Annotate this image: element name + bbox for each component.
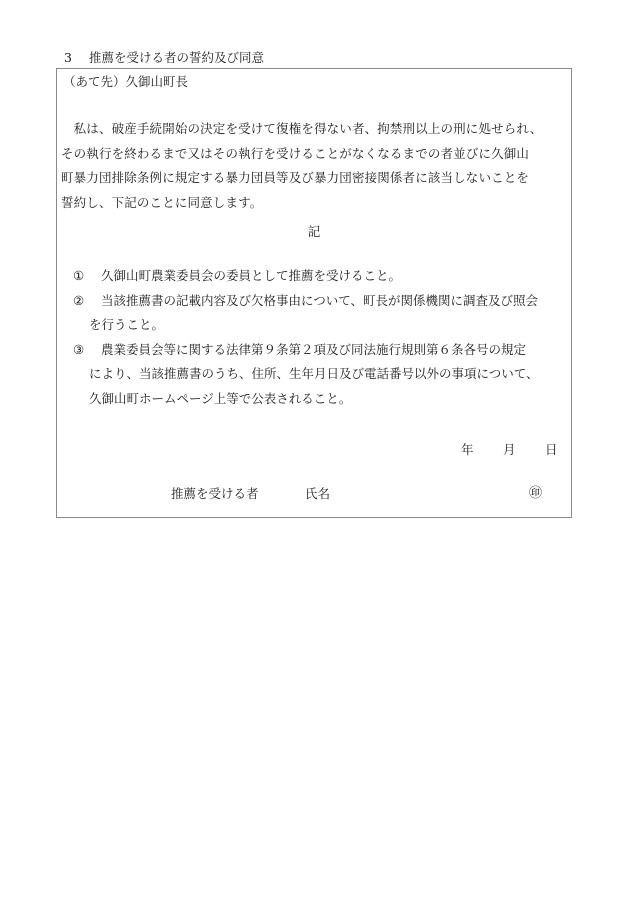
item-mark: ③ xyxy=(73,338,101,363)
section-number: 3 xyxy=(64,49,89,67)
item-text: 当該推薦書の記載内容及び欠格事由について、町長が関係機関に調査及び照会 xyxy=(101,293,538,308)
item-mark: ② xyxy=(73,289,101,314)
pledge-form-box: （あて先）久御山町長 私は、破産手続開始の決定を受けて復権を得ない者、拘禁刑以上… xyxy=(56,68,572,518)
seal-icon: ㊞ xyxy=(529,485,542,503)
consent-item-3-cont: により、当該推薦書のうち、住所、生年月日及び電話番号以外の事項について、 xyxy=(73,362,569,387)
consent-item-3: ③農業委員会等に関する法律第９条第２項及び同法施行規則第６条各号の規定 xyxy=(73,338,569,363)
signature-line[interactable]: 推薦を受ける者氏名 xyxy=(171,485,330,503)
date-day-label: 日 xyxy=(545,441,558,459)
consent-items: ①久御山町農業委員会の委員として推薦を受けること。 ②当該推薦書の記載内容及び欠… xyxy=(73,264,569,411)
item-mark: ① xyxy=(73,264,101,289)
item-text: 久御山町農業委員会の委員として推薦を受けること。 xyxy=(101,268,401,283)
date-month-label: 月 xyxy=(503,441,545,459)
section-title: 推薦を受ける者の誓約及び同意 xyxy=(89,50,264,65)
consent-item-2: ②当該推薦書の記載内容及び欠格事由について、町長が関係機関に調査及び照会 xyxy=(73,289,569,314)
consent-item-2-cont: を行うこと。 xyxy=(73,313,569,338)
date-year-label: 年 xyxy=(461,441,503,459)
pledge-line: 誓約し、下記のことに同意します。 xyxy=(61,191,569,216)
pledge-line: 私は、破産手続開始の決定を受けて復権を得ない者、拘禁刑以上の刑に処せられ、 xyxy=(61,117,569,142)
addressee: （あて先）久御山町長 xyxy=(63,73,188,91)
ki-heading: 記 xyxy=(57,223,571,241)
name-label: 氏名 xyxy=(305,486,330,501)
pledge-line: その執行を終わるまで又はその執行を受けることがなくなるまでの者並びに久御山 xyxy=(61,142,569,167)
consent-item-1: ①久御山町農業委員会の委員として推薦を受けること。 xyxy=(73,264,569,289)
section-heading: 3推薦を受ける者の誓約及び同意 xyxy=(64,49,264,67)
pledge-line: 町暴力団排除条例に規定する暴力団員等及び暴力団密接関係者に該当しないことを xyxy=(61,166,569,191)
pledge-statement: 私は、破産手続開始の決定を受けて復権を得ない者、拘禁刑以上の刑に処せられ、 その… xyxy=(61,117,569,215)
signer-role: 推薦を受ける者 xyxy=(171,485,305,503)
consent-item-3-cont: 久御山町ホームページ上等で公表されること。 xyxy=(73,387,569,412)
date-field[interactable]: 年月日 xyxy=(461,441,558,459)
item-text: 農業委員会等に関する法律第９条第２項及び同法施行規則第６条各号の規定 xyxy=(101,342,526,357)
